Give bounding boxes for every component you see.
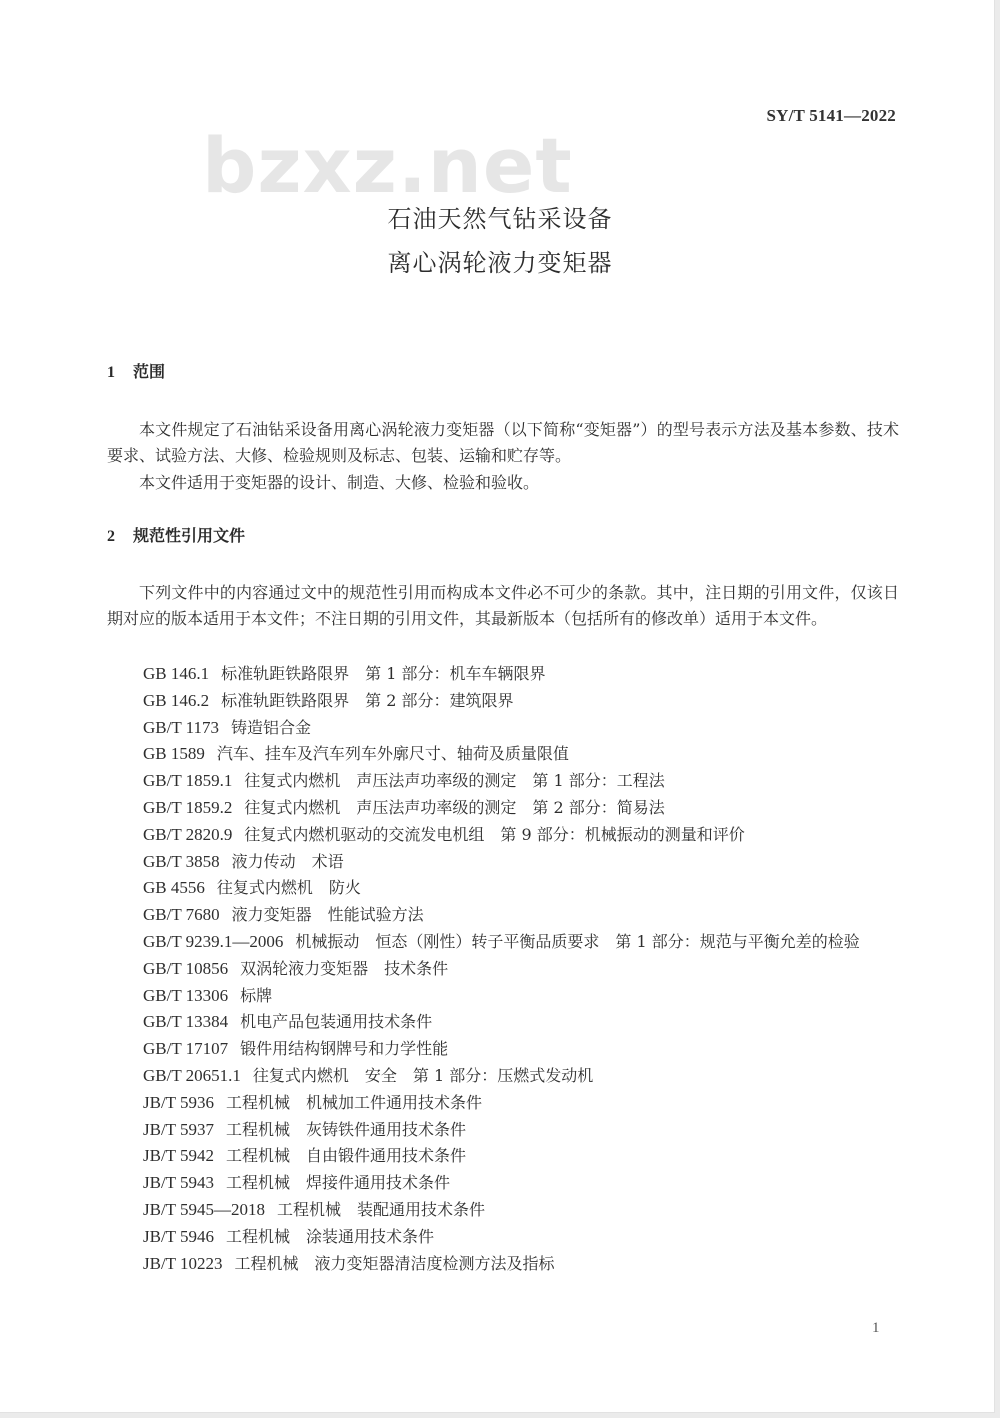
reference-item: GB 1589汽车、挂车及汽车列车外廓尺寸、轴荷及质量限值 [107, 741, 899, 768]
reference-code: GB/T 20651.1 [143, 1066, 241, 1085]
document-page: SY/T 5141—2022 bzxz.net 石油天然气钻采设备 离心涡轮液力… [0, 0, 995, 1413]
reference-title: 往复式内燃机驱动的交流发电机组 第 9 部分：机械振动的测量和评价 [244, 825, 744, 844]
reference-item: GB/T 17107锻件用结构钢牌号和力学性能 [107, 1036, 899, 1063]
reference-title: 机械振动 恒态（刚性）转子平衡品质要求 第 1 部分：规范与平衡允差的检验 [295, 932, 859, 951]
reference-code: GB 146.1 [143, 664, 209, 683]
reference-code: GB/T 9239.1—2006 [143, 932, 283, 951]
reference-item: GB/T 9239.1—2006机械振动 恒态（刚性）转子平衡品质要求 第 1 … [107, 929, 899, 956]
reference-item: GB 146.2标准轨距铁路限界 第 2 部分：建筑限界 [107, 688, 899, 715]
reference-title: 工程机械 灰铸铁件通用技术条件 [226, 1120, 466, 1139]
reference-code: GB/T 1859.1 [143, 771, 232, 790]
reference-code: JB/T 5942 [143, 1146, 214, 1165]
reference-title: 往复式内燃机 声压法声功率级的测定 第 2 部分：简易法 [244, 798, 664, 817]
reference-title: 往复式内燃机 声压法声功率级的测定 第 1 部分：工程法 [244, 771, 664, 790]
scope-paragraph-1: 本文件规定了石油钻采设备用离心涡轮液力变矩器（以下简称“变矩器”）的型号表示方法… [107, 417, 899, 469]
standard-code: SY/T 5141—2022 [766, 106, 896, 126]
reference-code: GB 146.2 [143, 691, 209, 710]
reference-code: GB/T 1859.2 [143, 798, 232, 817]
reference-item: GB 146.1标准轨距铁路限界 第 1 部分：机车车辆限界 [107, 661, 899, 688]
reference-item: GB/T 20651.1往复式内燃机 安全 第 1 部分：压燃式发动机 [107, 1063, 899, 1090]
section-number: 2 [107, 529, 133, 545]
reference-title: 工程机械 涂装通用技术条件 [226, 1227, 434, 1246]
reference-title: 工程机械 自由锻件通用技术条件 [226, 1146, 466, 1165]
reference-code: GB/T 13384 [143, 1012, 228, 1031]
reference-item: GB/T 10856双涡轮液力变矩器 技术条件 [107, 956, 899, 983]
section-heading-normative-references: 2规范性引用文件 [107, 528, 245, 545]
reference-code: GB/T 17107 [143, 1039, 228, 1058]
reference-item: GB/T 1173铸造铝合金 [107, 715, 899, 742]
section-title: 规范性引用文件 [133, 526, 245, 545]
reference-title: 标准轨距铁路限界 第 2 部分：建筑限界 [221, 691, 513, 710]
watermark: bzxz.net [202, 128, 573, 204]
reference-title: 标牌 [240, 986, 272, 1005]
reference-code: GB/T 1173 [143, 718, 219, 737]
reference-item: GB/T 13384机电产品包装通用技术条件 [107, 1009, 899, 1036]
section-title: 范围 [133, 362, 165, 381]
reference-item: GB/T 1859.2往复式内燃机 声压法声功率级的测定 第 2 部分：简易法 [107, 795, 899, 822]
reference-title: 铸造铝合金 [231, 718, 311, 737]
reference-code: GB 4556 [143, 878, 205, 897]
reference-title: 工程机械 装配通用技术条件 [277, 1200, 485, 1219]
reference-item: GB/T 13306标牌 [107, 983, 899, 1010]
section-heading-scope: 1范围 [107, 364, 165, 381]
reference-item: GB/T 2820.9往复式内燃机驱动的交流发电机组 第 9 部分：机械振动的测… [107, 822, 899, 849]
reference-item: JB/T 5943工程机械 焊接件通用技术条件 [107, 1170, 899, 1197]
reference-item: JB/T 10223工程机械 液力变矩器清洁度检测方法及指标 [107, 1251, 899, 1278]
reference-title: 工程机械 机械加工件通用技术条件 [226, 1093, 482, 1112]
document-title-line-2: 离心涡轮液力变矩器 [3, 251, 997, 275]
reference-code: JB/T 5936 [143, 1093, 214, 1112]
reference-code: GB/T 3858 [143, 852, 220, 871]
references-intro-paragraph: 下列文件中的内容通过文中的规范性引用而构成本文件必不可少的条款。其中，注日期的引… [107, 580, 899, 632]
reference-item: JB/T 5937工程机械 灰铸铁件通用技术条件 [107, 1117, 899, 1144]
reference-item: GB/T 7680液力变矩器 性能试验方法 [107, 902, 899, 929]
reference-code: JB/T 5946 [143, 1227, 214, 1246]
reference-item: JB/T 5942工程机械 自由锻件通用技术条件 [107, 1143, 899, 1170]
reference-item: GB/T 3858液力传动 术语 [107, 849, 899, 876]
reference-title: 往复式内燃机 安全 第 1 部分：压燃式发动机 [253, 1066, 593, 1085]
reference-title: 液力传动 术语 [232, 852, 344, 871]
reference-code: JB/T 5937 [143, 1120, 214, 1139]
reference-title: 液力变矩器 性能试验方法 [232, 905, 424, 924]
reference-code: GB/T 2820.9 [143, 825, 232, 844]
reference-title: 汽车、挂车及汽车列车外廓尺寸、轴荷及质量限值 [217, 744, 569, 763]
section-number: 1 [107, 365, 133, 381]
scope-paragraph-2: 本文件适用于变矩器的设计、制造、大修、检验和验收。 [107, 470, 899, 496]
reference-item: JB/T 5946工程机械 涂装通用技术条件 [107, 1224, 899, 1251]
reference-title: 双涡轮液力变矩器 技术条件 [240, 959, 448, 978]
reference-title: 锻件用结构钢牌号和力学性能 [240, 1039, 448, 1058]
reference-item: GB 4556往复式内燃机 防火 [107, 875, 899, 902]
reference-title: 机电产品包装通用技术条件 [240, 1012, 432, 1031]
document-title-line-1: 石油天然气钻采设备 [3, 207, 997, 231]
reference-code: GB/T 13306 [143, 986, 228, 1005]
reference-code: GB/T 7680 [143, 905, 220, 924]
reference-title: 标准轨距铁路限界 第 1 部分：机车车辆限界 [221, 664, 545, 683]
reference-item: JB/T 5936工程机械 机械加工件通用技术条件 [107, 1090, 899, 1117]
reference-item: GB/T 1859.1往复式内燃机 声压法声功率级的测定 第 1 部分：工程法 [107, 768, 899, 795]
reference-code: JB/T 10223 [143, 1254, 223, 1273]
reference-list: GB 146.1标准轨距铁路限界 第 1 部分：机车车辆限界 GB 146.2标… [107, 661, 899, 1277]
reference-title: 工程机械 焊接件通用技术条件 [226, 1173, 450, 1192]
reference-code: GB 1589 [143, 744, 205, 763]
page-number: 1 [872, 1320, 880, 1337]
reference-code: GB/T 10856 [143, 959, 228, 978]
reference-code: JB/T 5945—2018 [143, 1200, 265, 1219]
reference-item: JB/T 5945—2018工程机械 装配通用技术条件 [107, 1197, 899, 1224]
reference-title: 工程机械 液力变矩器清洁度检测方法及指标 [235, 1254, 555, 1273]
reference-code: JB/T 5943 [143, 1173, 214, 1192]
reference-title: 往复式内燃机 防火 [217, 878, 361, 897]
